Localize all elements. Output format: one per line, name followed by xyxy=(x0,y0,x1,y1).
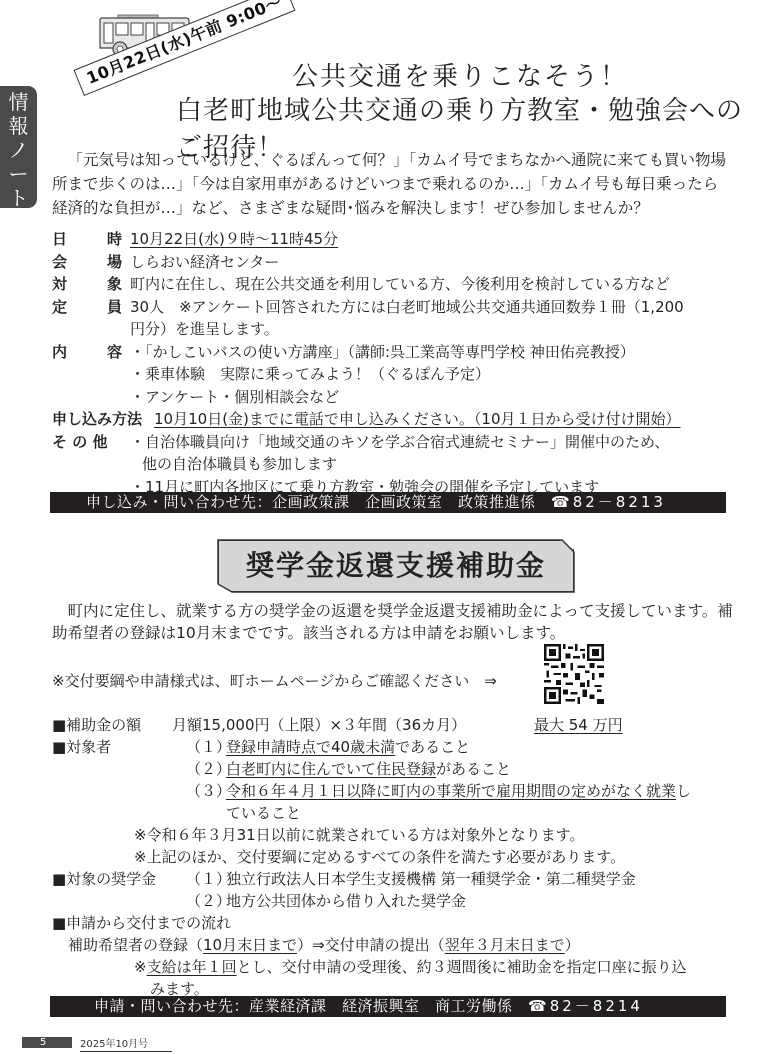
detail-label: 会場 xyxy=(52,251,130,274)
detail-label: 定員 xyxy=(52,296,130,319)
amount-label: ■補助金の額 xyxy=(52,714,172,736)
phone-number: ☎82－8213 xyxy=(551,493,666,511)
detail-label: 内容 xyxy=(52,341,130,364)
loans-row: ■対象の奨学金 （１） 独立行政法人日本学生支援機構 第一種奨学金・第二種奨学金 xyxy=(52,868,742,890)
detail-value: ・自治体職員向け「地域交通のキソを学ぶ合宿式連続セミナー」開催中のため、 xyxy=(130,431,742,454)
amount-row: ■補助金の額 月額15,000円（上限）×３年間（36カ月） 最大 54 万円 xyxy=(52,714,742,736)
detail-value: ・「かしこいバスの使い方講座」（講師:呉工業高等専門学校 神田佑亮教授） xyxy=(130,341,742,364)
flow-note: ※支給は年１回とし、交付申請の受理後、約３週間後に補助金を指定口座に振り込 xyxy=(52,956,742,978)
page-number: 5 xyxy=(22,1037,72,1048)
event-details: 日時 10月22日(水)９時～11時45分 会場 しらおい経済センター 対象 町… xyxy=(52,228,742,498)
content-item: ・乗車体験 実際に乗ってみよう！（ぐるぽん予定） xyxy=(52,363,742,386)
scholarship-intro: 町内に定住し、就業する方の奨学金の返還を奨学金返還支援補助金によって支援していま… xyxy=(52,600,742,644)
detail-venue: 会場 しらおい経済センター xyxy=(52,251,742,274)
tab-char: ノ xyxy=(9,138,29,162)
detail-value: 町内に在住し、現在公共交通を利用している方、今後利用を検討している方など xyxy=(130,273,742,296)
loans-label: ■対象の奨学金 xyxy=(52,868,186,890)
eligible-note: ※上記のほか、交付要綱に定めるすべての条件を満たす必要があります。 xyxy=(52,846,742,868)
flow-steps: 補助希望者の登録（10月末日まで）⇒交付申請の提出（翌年３月末日まで） xyxy=(52,934,742,956)
event-title-line1: 公共交通を乗りこなそう！ xyxy=(292,56,628,93)
eligible-label: ■対象者 xyxy=(52,736,186,758)
eligible-item: 白老町内に住んでいて住民登録 xyxy=(226,760,436,778)
loan-item: 独立行政法人日本学生支援機構 第一種奨学金・第二種奨学金 xyxy=(226,868,636,890)
detail-datetime: 日時 10月22日(水)９時～11時45分 xyxy=(52,228,742,251)
section-tab-info-note: 情 報 ノ ー ト xyxy=(0,86,37,208)
eligible-item-cont: ていること xyxy=(52,802,742,824)
content-item: ・アンケート・個別相談会など xyxy=(52,386,742,409)
eligible-item: 令和６年４月１日以降に町内の事業所で雇用期間の定めがなく就業 xyxy=(226,782,676,800)
flow-label: ■申請から交付までの流れ xyxy=(52,912,742,934)
detail-other: そ の 他 ・自治体職員向け「地域交通のキソを学ぶ合宿式連続セミナー」開催中のた… xyxy=(52,431,742,454)
loans-row: （２） 地方公共団体から借り入れた奨学金 xyxy=(52,890,742,912)
eligible-note: ※令和６年３月31日以前に就業されている方は対象外となります。 xyxy=(52,824,742,846)
issue-date: 2025年10月号 xyxy=(80,1035,172,1052)
eligible-row: （３） 令和６年４月１日以降に町内の事業所で雇用期間の定めがなく就業し xyxy=(52,780,742,802)
detail-value: 10月22日(水)９時～11時45分 xyxy=(130,230,338,248)
tab-char: ー xyxy=(9,162,29,186)
loan-item: 地方公共団体から借り入れた奨学金 xyxy=(226,890,466,912)
contact-text: 申し込み・問い合わせ先：企画政策課 企画政策室 政策推進係 xyxy=(86,493,551,511)
tab-char: 情 xyxy=(9,90,29,114)
qr-code[interactable] xyxy=(544,644,604,704)
detail-capacity: 定員 30人 ※アンケート回答された方には白老町地域公共交通共通回数券１冊（1,… xyxy=(52,296,742,319)
scholarship-details: ■補助金の額 月額15,000円（上限）×３年間（36カ月） 最大 54 万円 … xyxy=(52,714,742,1000)
detail-value: 30人 ※アンケート回答された方には白老町地域公共交通共通回数券１冊（1,200 xyxy=(130,296,742,319)
detail-apply: 申し込み方法 10月10日(金)までに電話で申し込みください。（10月１日から受… xyxy=(52,408,742,431)
detail-label: 対象 xyxy=(52,273,130,296)
event-intro: 「元気号は知っているけど、ぐるぽんって何？」「カムイ号でまちなかへ通院に来ても買… xyxy=(52,148,732,220)
amount-max: 最大 54 万円 xyxy=(534,714,623,736)
detail-label: そ の 他 xyxy=(52,431,130,454)
eligible-row: （２） 白老町内に住んでいて住民登録があること xyxy=(52,758,742,780)
detail-value: 10月10日(金)までに電話で申し込みください。（10月１日から受け付け開始） xyxy=(154,410,680,428)
tab-char: 報 xyxy=(9,114,29,138)
detail-value-cont: 円分）を進呈します。 xyxy=(52,318,742,341)
phone-number: ☎82－8214 xyxy=(528,997,643,1015)
tab-char: ト xyxy=(9,186,29,210)
detail-label: 日時 xyxy=(52,228,130,251)
detail-value: しらおい経済センター xyxy=(130,251,742,274)
amount-value: 月額15,000円（上限）×３年間（36カ月） xyxy=(172,714,522,736)
detail-content: 内容 ・「かしこいバスの使い方講座」（講師:呉工業高等専門学校 神田佑亮教授） xyxy=(52,341,742,364)
detail-target: 対象 町内に在住し、現在公共交通を利用している方、今後利用を検討している方など xyxy=(52,273,742,296)
eligible-row: ■対象者 （１） 登録申請時点で40歳未満であること xyxy=(52,736,742,758)
title-frame xyxy=(216,538,576,594)
contact-text: 申請・問い合わせ先：産業経済課 経済振興室 商工労働係 xyxy=(94,997,528,1015)
eligible-item: 登録申請時点で40歳未満 xyxy=(226,738,395,756)
other-item: 他の自治体職員も参加します xyxy=(52,453,742,476)
event-contact-bar: 申し込み・問い合わせ先：企画政策課 企画政策室 政策推進係 ☎82－8213 xyxy=(50,492,726,513)
qr-note: ※交付要綱や申請様式は、町ホームページからご確認ください ⇒ xyxy=(52,670,742,692)
scholarship-contact-bar: 申請・問い合わせ先：産業経済課 経済振興室 商工労働係 ☎82－8214 xyxy=(50,996,726,1017)
detail-label: 申し込み方法 xyxy=(52,408,154,431)
